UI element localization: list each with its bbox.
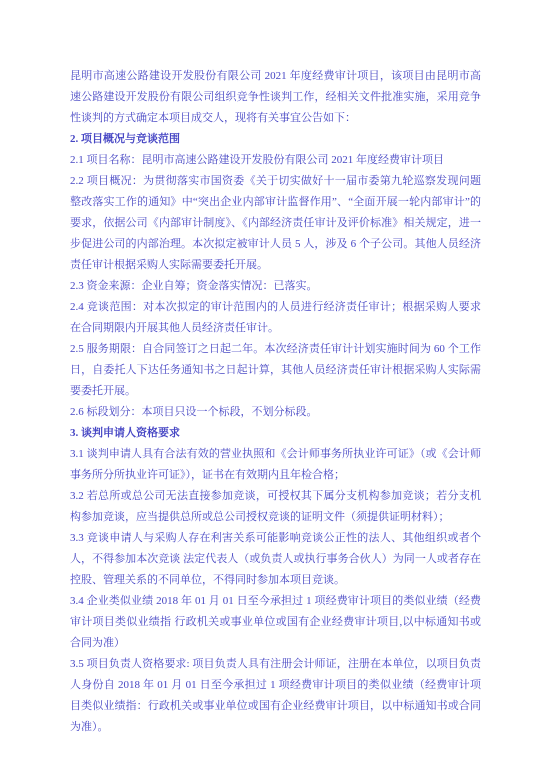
paragraph: 3.4 企业类似业绩 2018 年 01 月 01 日至今承担过 1 项经费审计… [70,591,481,654]
paragraph: 2.6 标段划分：本项目只设一个标段，不划分标段。 [70,402,481,423]
paragraph: 昆明市高速公路建设开发股份有限公司 2021 年度经费审计项目，该项目由昆明市高… [70,66,481,129]
paragraph: 2.2 项目概况：为贯彻落实市国资委《关于切实做好十一届市委第九轮巡察发现问题整… [70,171,481,276]
paragraph: 2.5 服务期限：自合同签订之日起二年。本次经济责任审计计划实施时间为 60 个… [70,339,481,402]
section-heading: 3. 谈判申请人资格要求 [70,423,481,444]
announcement-body: 昆明市高速公路建设开发股份有限公司 2021 年度经费审计项目，该项目由昆明市高… [70,66,481,738]
paragraph: 2.1 项目名称：昆明市高速公路建设开发股份有限公司 2021 年度经费审计项目 [70,150,481,171]
section-heading: 2. 项目概况与竞谈范围 [70,129,481,150]
paragraph: 2.4 竞谈范围：对本次拟定的审计范围内的人员进行经济责任审计；根据采购人要求在… [70,297,481,339]
document-page: 昆明市高速公路建设开发股份有限公司 2021 年度经费审计项目，该项目由昆明市高… [0,0,554,783]
paragraph: 3.2 若总所或总公司无法直接参加竞谈，可授权其下属分支机构参加竞谈；若分支机构… [70,486,481,528]
paragraph: 2.3 资金来源：企业自筹；资金落实情况：已落实。 [70,276,481,297]
paragraph: 3.5 项目负责人资格要求: 项目负责人具有注册会计师证，注册在本单位，以项目负… [70,654,481,738]
paragraph: 3.3 竞谈申请人与采购人存在利害关系可能影响竞谈公正性的法人、其他组织或者个人… [70,528,481,591]
paragraph: 3.1 谈判申请人具有合法有效的营业执照和《会计师事务所执业许可证》（或《会计师… [70,444,481,486]
